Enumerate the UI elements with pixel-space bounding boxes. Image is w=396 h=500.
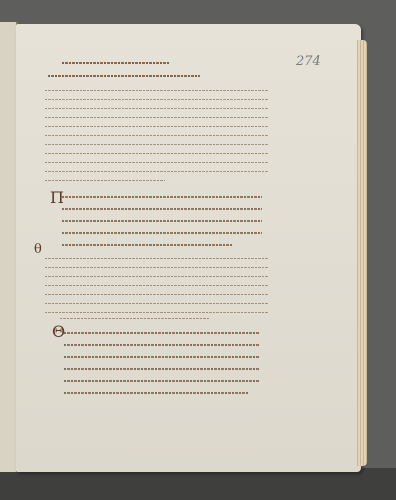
heading-line	[62, 62, 170, 64]
script-line	[64, 368, 260, 370]
folio-number: 274	[296, 54, 321, 69]
script-line	[45, 135, 269, 136]
script-line	[62, 220, 262, 222]
script-line	[45, 90, 269, 91]
script-line	[64, 332, 260, 334]
script-line	[45, 153, 269, 154]
script-line	[45, 126, 269, 127]
script-line	[45, 117, 269, 118]
script-line	[45, 303, 269, 304]
table-surface	[0, 468, 396, 500]
script-line	[62, 196, 262, 198]
page-stack-edge	[357, 40, 367, 466]
decorated-initial: θ	[34, 242, 42, 257]
script-line	[45, 108, 269, 109]
script-line	[60, 318, 210, 319]
manuscript-folio	[16, 24, 361, 472]
script-line	[62, 208, 262, 210]
script-line	[62, 244, 232, 246]
script-line	[64, 380, 260, 382]
script-line	[45, 180, 165, 181]
script-line	[62, 232, 262, 234]
script-line	[45, 162, 269, 163]
heading-line	[48, 75, 200, 77]
script-line	[64, 344, 260, 346]
script-line	[45, 171, 269, 172]
script-line	[45, 276, 269, 277]
script-line	[64, 356, 260, 358]
script-line	[45, 144, 269, 145]
script-line	[45, 267, 269, 268]
script-line	[45, 312, 269, 313]
script-line	[45, 294, 269, 295]
script-line	[64, 392, 249, 394]
script-line	[45, 99, 269, 100]
script-line	[45, 285, 269, 286]
script-line	[45, 258, 269, 259]
